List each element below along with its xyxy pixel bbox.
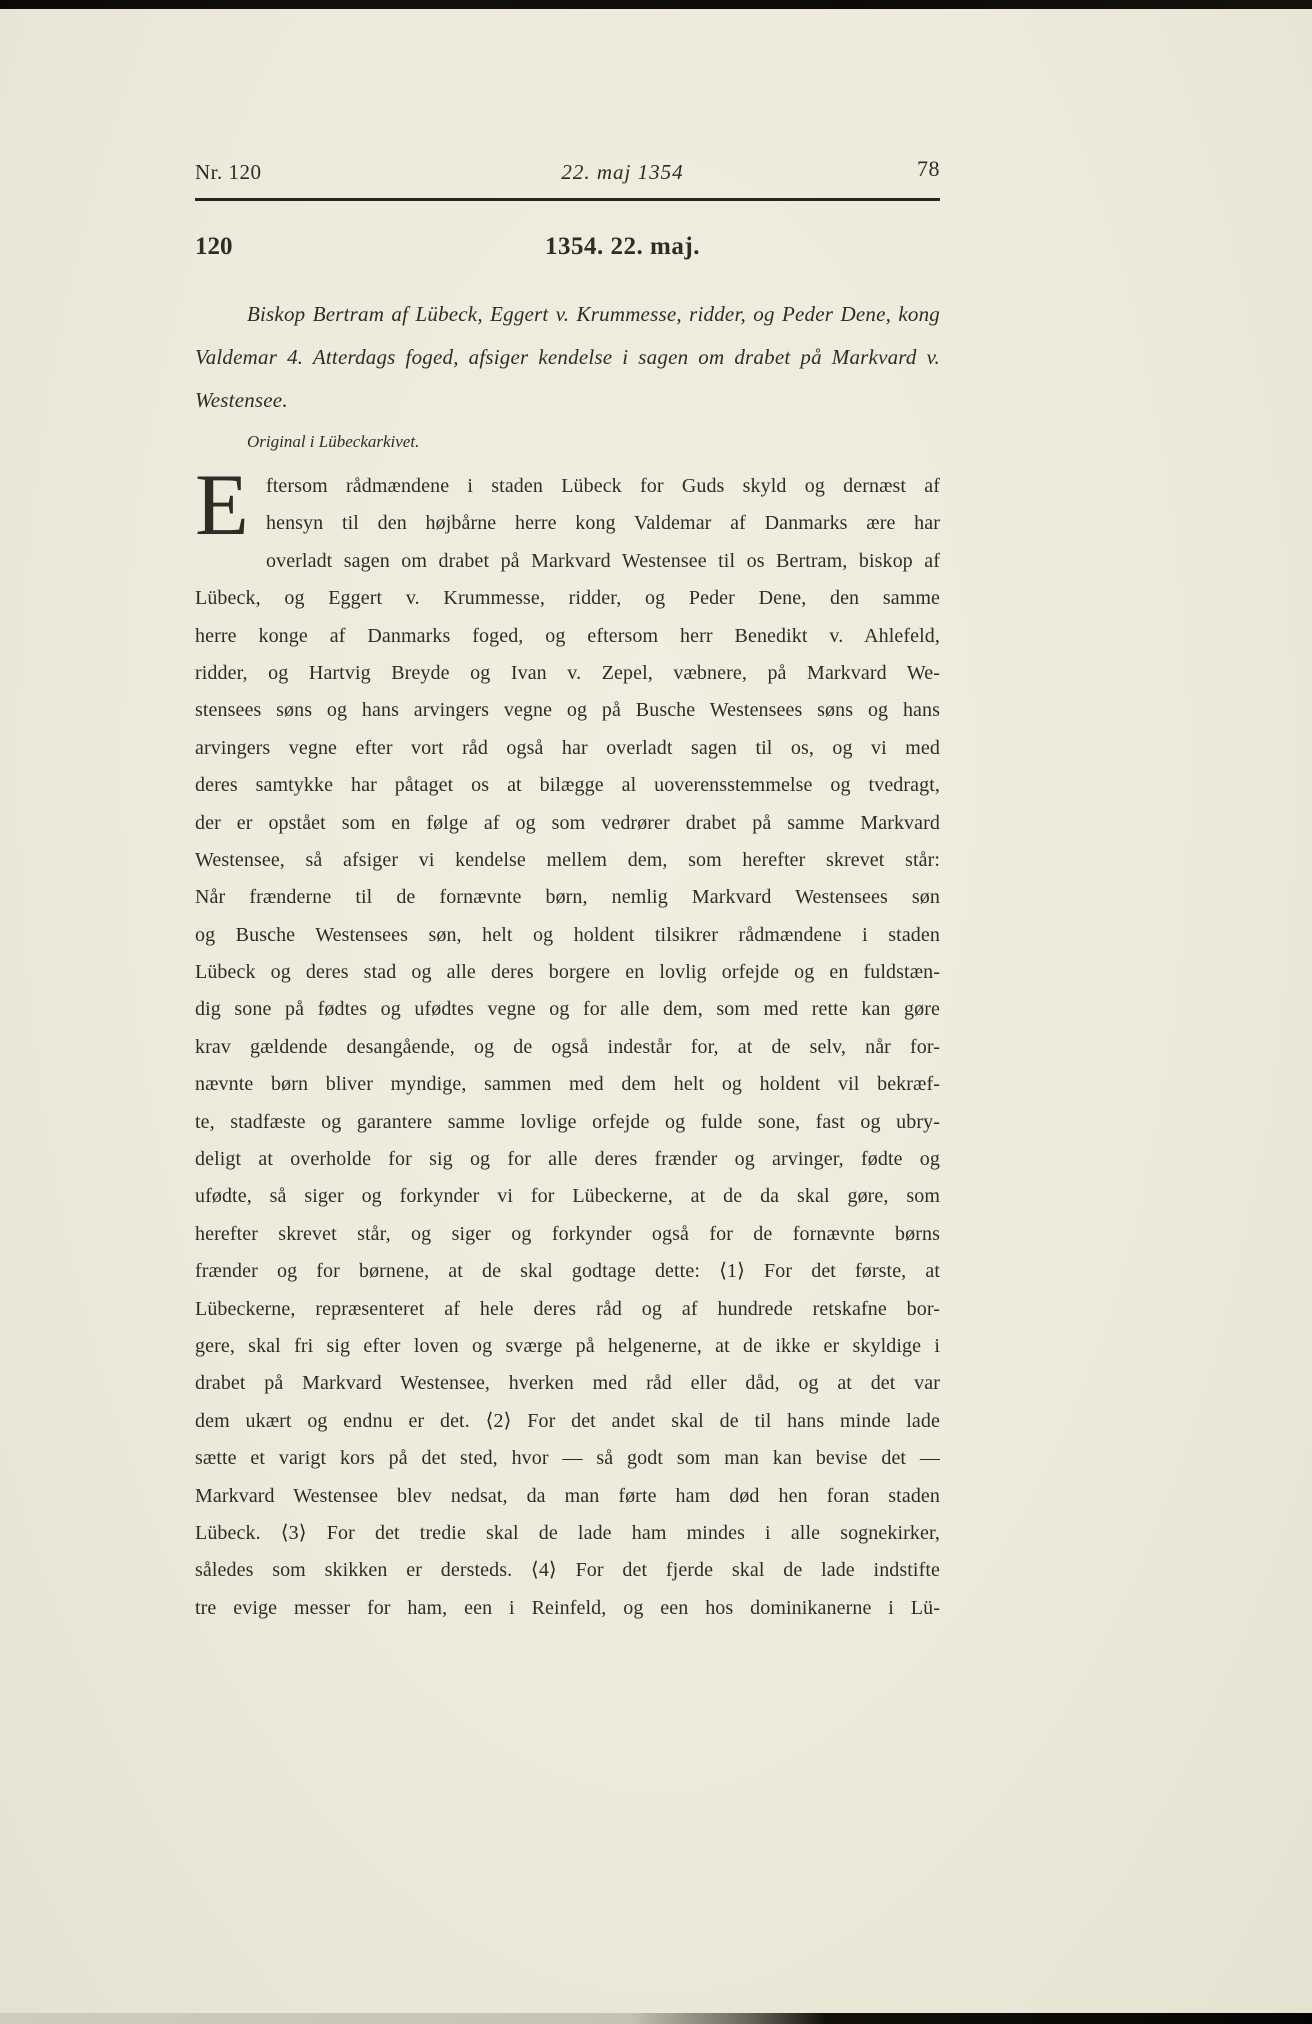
body-line: overladt sagen om drabet på Markvard Wes… [266,543,940,580]
entry-summary: Biskop Bertram af Lübeck, Eggert v. Krum… [195,293,940,422]
body-line: nævnte børn bliver myndige, sammen med d… [195,1066,940,1103]
body-line: Westensee, så afsiger vi kendelse mellem… [195,842,940,879]
body-line: og Busche Westensees søn, helt og holden… [195,917,940,954]
body-line: sætte et varigt kors på det sted, hvor —… [195,1440,940,1477]
body-line: stensees søns og hans arvingers vegne og… [195,692,940,729]
header-rule [195,198,940,201]
running-head: Nr. 120 22. maj 1354 78 [195,160,940,186]
body-line: ftersom rådmændene i staden Lübeck for G… [266,468,940,505]
body-line: te, stadfæste og garantere samme lovlige… [195,1104,940,1141]
text-column: Nr. 120 22. maj 1354 78 120 1354. 22. ma… [195,0,940,1627]
body-line: ufødte, så siger og forkynder vi for Lüb… [195,1178,940,1215]
body-line: deligt at overholde for sig og for alle … [195,1141,940,1178]
scanned-book-page: { "page_header": { "left": "Nr. 120", "c… [0,0,1312,2024]
body-line: Lübeck, og Eggert v. Krummesse, ridder, … [195,580,940,617]
scan-edge-bottom [0,2013,1312,2024]
drop-cap: E [195,468,257,543]
body-line: herre konge af Danmarks foged, og efters… [195,618,940,655]
body-line: Markvard Westensee blev nedsat, da man f… [195,1478,940,1515]
entry-heading: 120 1354. 22. maj. [195,233,940,263]
body-lines: ftersom rådmændene i staden Lübeck for G… [195,468,940,1627]
entry-date-heading: 1354. 22. maj. [545,233,700,261]
body-line: tre evige messer for ham, een i Reinfeld… [195,1590,940,1627]
body-line: deres samtykke har påtaget os at bilægge… [195,767,940,804]
body-line: dig sone på fødtes og ufødtes vegne og f… [195,991,940,1028]
source-note: Original i Lübeckarkivet. [247,432,940,452]
body-line: Lübeck og deres stad og alle deres borge… [195,954,940,991]
body-line: således som skikken er dersteds. ⟨4⟩ For… [195,1552,940,1589]
running-head-date: 22. maj 1354 [561,160,683,185]
page-number: 78 [917,156,940,182]
body-line: Lübeck. ⟨3⟩ For det tredie skal de lade … [195,1515,940,1552]
body-line: frænder og for børnene, at de skal godta… [195,1253,940,1290]
body-line: Lübeckerne, repræsenteret af hele deres … [195,1291,940,1328]
body-line: dem ukært og endnu er det. ⟨2⟩ For det a… [195,1403,940,1440]
body-line: Når frænderne til de fornævnte børn, nem… [195,879,940,916]
body-line: herefter skrevet står, og siger og forky… [195,1216,940,1253]
body-line: drabet på Markvard Westensee, hverken me… [195,1365,940,1402]
body-line: arvingers vegne efter vort råd også har … [195,730,940,767]
entry-number: 120 [195,233,233,261]
body-line: der er opstået som en følge af og som ve… [195,805,940,842]
entry-body: E ftersom rådmændene i staden Lübeck for… [195,468,940,1627]
running-head-number: Nr. 120 [195,160,262,185]
body-line: krav gældende desangående, og de også in… [195,1029,940,1066]
body-line: hensyn til den højbårne herre kong Valde… [266,505,940,542]
body-line: gere, skal fri sig efter loven og sværge… [195,1328,940,1365]
body-line: ridder, og Hartvig Breyde og Ivan v. Zep… [195,655,940,692]
